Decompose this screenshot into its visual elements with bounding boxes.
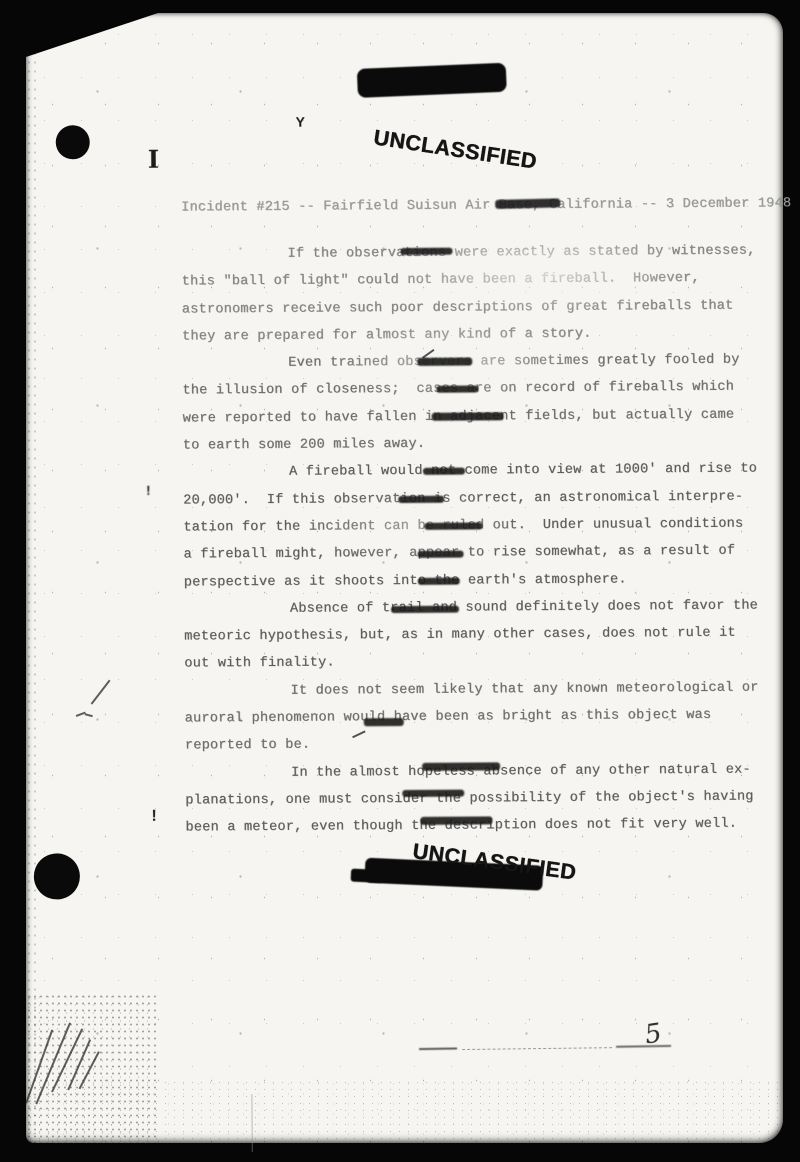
stray-y-mark: Y: [296, 114, 305, 130]
overstrike-smudge: [400, 248, 452, 255]
page-content: UNCLASSIFIED UNCLASSIFIED I Y ! ! 5 Inci…: [23, 10, 788, 1145]
faint-rule-segment: [462, 1047, 612, 1050]
unclassified-stamp-top: UNCLASSIFIED: [372, 125, 539, 174]
typed-line: a fireball might, however, appear to ris…: [184, 538, 754, 569]
overstrike-smudge: [432, 412, 504, 421]
overstrike-smudge: [417, 358, 472, 366]
typed-line: been a meteor, even though the descripti…: [185, 811, 755, 842]
scanned-page: UNCLASSIFIED UNCLASSIFIED I Y ! ! 5 Inci…: [26, 13, 783, 1143]
overstrike-smudge: [495, 198, 560, 209]
typed-line: A fireball would not come into view at 1…: [183, 456, 753, 487]
overstrike-smudge: [424, 522, 482, 529]
typed-line: 20,000'. If this observation is correct,…: [183, 483, 753, 514]
hole-punch-bottom: [34, 853, 80, 899]
margin-tick-bottom: !: [151, 808, 156, 826]
document-body: If the observations were exactly as stat…: [181, 238, 755, 842]
redaction-bar-top: [357, 63, 507, 98]
scan-scratch: [67, 1039, 91, 1090]
paper-crease: [251, 1094, 252, 1152]
overstrike-smudge: [418, 578, 460, 585]
typed-line: this "ball of light" could not have been…: [182, 265, 752, 296]
faint-rule-segment: [419, 1047, 457, 1050]
margin-tick-mid: !: [146, 483, 150, 498]
typed-line: to earth some 200 miles away.: [183, 429, 753, 460]
overstrike-smudge: [364, 718, 404, 726]
typed-line: planations, one must consider the possib…: [185, 783, 755, 814]
overstrike-smudge: [398, 496, 444, 503]
typed-line: astronomers receive such poor descriptio…: [182, 292, 752, 323]
typed-line: they are prepared for almost any kind of…: [182, 319, 752, 350]
typed-line: reported to be.: [185, 729, 755, 760]
overstrike-smudge: [436, 385, 478, 392]
typed-line: meteoric hypothesis, but, as in many oth…: [184, 620, 754, 651]
pen-slash-mark: [91, 680, 111, 705]
typed-line: Absence of trail and sound definitely do…: [184, 592, 754, 623]
typed-line: perspective as it shoots into the earth'…: [184, 565, 754, 596]
overstrike-smudge: [420, 816, 492, 825]
overstrike-smudge: [402, 790, 464, 797]
overstrike-smudge: [423, 468, 465, 475]
pen-scribble-mark: [85, 713, 93, 717]
redaction-bar-bottom-step: [351, 869, 384, 883]
scan-scratch: [51, 1028, 83, 1092]
typed-line: In the almost hopeless absence of any ot…: [185, 756, 755, 787]
typed-line: It does not seem likely that any known m…: [184, 674, 754, 705]
typed-line: auroral phenomenon would have been as br…: [185, 702, 755, 733]
overstrike-smudge: [391, 606, 459, 613]
hole-punch-top: [56, 125, 90, 159]
margin-numeral-mark: I: [148, 145, 159, 174]
overstrike-smudge: [422, 762, 500, 771]
overstrike-smudge: [418, 551, 464, 558]
typed-line: out with finality.: [184, 647, 754, 678]
typed-line: If the observations were exactly as stat…: [181, 238, 751, 269]
incident-heading: Incident #215 -- Fairfield Suisun Air Ba…: [181, 196, 791, 215]
